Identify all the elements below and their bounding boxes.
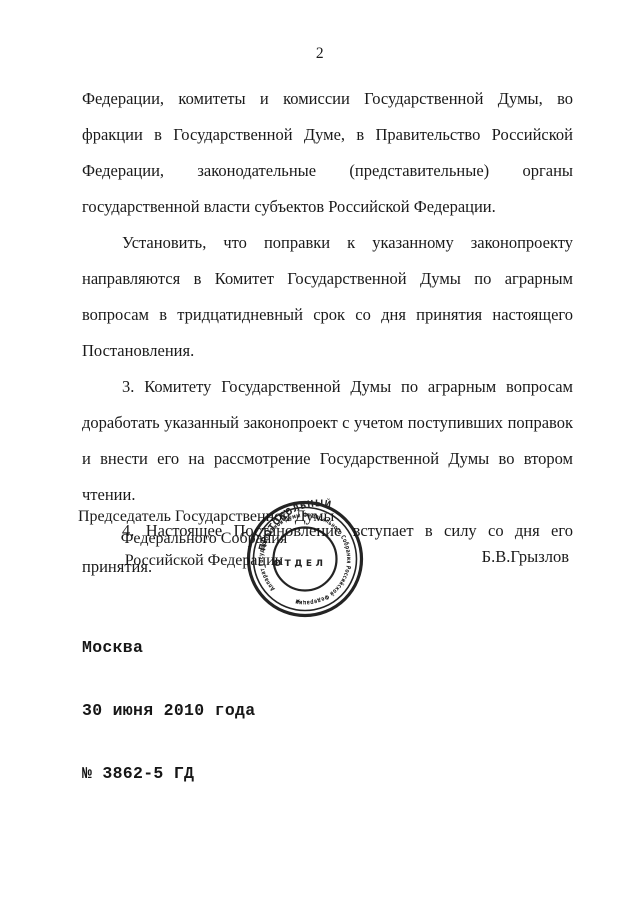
issuance-date: 30 июня 2010 года [82, 700, 255, 721]
page-number: 2 [0, 45, 640, 63]
body-paragraph-2: Установить, что поправки к указанному за… [82, 225, 573, 369]
stamp-arc-text: ПРОТОКОЛЬНЫЙ [257, 498, 333, 552]
protocol-department-stamp-seal: Аппарат Государственной Думы Федеральног… [235, 489, 375, 629]
issuance-city: Москва [82, 637, 255, 658]
issuance-block: Москва 30 июня 2010 года № 3862-5 ГД [82, 595, 255, 805]
body-paragraph-1: Федерации, комитеты и комиссии Государст… [82, 81, 573, 225]
stamp-center-text: ОТДЕЛ [274, 559, 327, 569]
signatory-name: Б.В.Грызлов [482, 547, 569, 567]
stamp-star-icon: ★ [295, 597, 301, 605]
issuance-number: № 3862-5 ГД [82, 763, 255, 784]
document-page: { "page": { "number": "2" }, "document":… [0, 0, 640, 905]
